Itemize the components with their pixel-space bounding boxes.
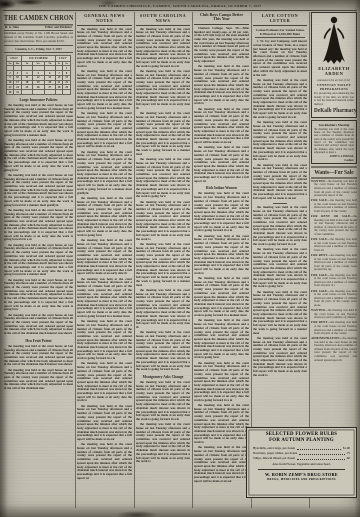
calendar-date-cell	[32, 90, 44, 95]
zemp-drug-store-name: W. ROBIN ZEMP'S DRUG STORE	[252, 472, 351, 477]
article-text: the meeting was held at the court house …	[136, 243, 190, 287]
classified-item: FOR RENT—the meeting was held at the cou…	[311, 254, 357, 272]
article-text: the meeting was held at the court house …	[77, 320, 132, 361]
column-club-boys: Club Boys Camps Better This Year Clemson…	[194, 12, 249, 508]
article-body: the meeting was held at the court house …	[194, 65, 249, 183]
article-text: the meeting was held at the court house …	[253, 121, 307, 162]
article-text: the meeting was held at the court house …	[136, 158, 190, 199]
article-text: the meeting was held at the court house …	[253, 79, 307, 120]
column-general-news: GENERAL NEWS NOTES the meeting was held …	[77, 12, 132, 508]
article-text: the meeting was held at the court house …	[4, 314, 73, 336]
article-text: the meeting was held at the court house …	[194, 65, 249, 106]
article-text: the meeting was held at the court house …	[4, 369, 73, 391]
arden-ad-copy: For preserving and enhancing the beauty …	[314, 92, 354, 106]
article-text: the meeting was held at the court house …	[4, 209, 73, 242]
stockholders-notice: Stockholders Meeting the meeting was hel…	[311, 120, 357, 164]
imprint-paragraph: Published every Friday at No. 1109 Broad…	[4, 32, 73, 43]
article-text: the meeting was held at the court house …	[136, 70, 190, 111]
article-text: the meeting was held at the court house …	[77, 239, 132, 276]
article-body: the meeting was held at the court house …	[4, 345, 73, 391]
classified-item: FOR RENT—the meeting was held at the cou…	[311, 321, 357, 335]
article-text: the meeting was held at the court house …	[136, 423, 190, 464]
article-lead: J. W. Ivy and Company, well known cotton…	[253, 40, 307, 77]
column-masthead: THE CAMDEN CHRONICLE H. G. Niles Editor …	[4, 12, 73, 508]
article-text: the meeting was held at the court house …	[194, 362, 249, 403]
issue-dateline: Camden, S. C., Friday, Oct. 7, 1927	[4, 45, 73, 53]
article-text: the meeting was held at the court house …	[77, 362, 132, 403]
classified-item: FOR SALE—the meeting was held at the cou…	[311, 238, 357, 252]
classified-item: FOR SALE—the meeting was held at the cou…	[311, 290, 357, 308]
arden-brand-name: ELIZABETH ARDEN	[314, 66, 354, 77]
calendar-date-cell: 30	[7, 90, 14, 95]
calendar-date-cell	[63, 90, 71, 95]
article-text: the meeting was held at the court house …	[77, 28, 132, 69]
classified-item: WANTED—the meeting was held at the court…	[311, 309, 357, 320]
classified-item: FOR SALE—the meeting was held at the cou…	[311, 274, 357, 288]
classified-item: WANTED—the meeting was held at the court…	[311, 180, 357, 198]
editor-role: Editor and Publisher	[45, 25, 72, 29]
flower-ad-rule	[258, 469, 345, 470]
article-text: the meeting was held at the court house …	[253, 164, 307, 201]
notice-body: the meeting was held at the court house …	[314, 128, 354, 155]
article-text: the meeting was held at the court house …	[253, 291, 307, 335]
article-body: the meeting was held at the court house …	[4, 104, 73, 336]
article-text: the meeting was held at the court house …	[194, 146, 249, 183]
zemp-drug-store-sub: DRUGS, MEDICINES AND PRESCRIPTIONS	[252, 478, 351, 481]
section-rule	[273, 203, 287, 204]
elizabeth-arden-ad: ELIZABETH ARDEN announces the arrival of…	[311, 12, 357, 118]
article-text: the meeting was held at the court house …	[194, 192, 249, 233]
newspaper-page: THE CAMDEN CHRONICLE, CAMDEN, SOUTH CARO…	[0, 0, 360, 517]
calendar-date-cell	[22, 90, 32, 95]
article-body: the meeting was held at the court house …	[253, 79, 307, 201]
classified-item: ADMINISTRATION—the meeting was held at t…	[311, 337, 357, 362]
article-text: the meeting was held at the court house …	[77, 197, 132, 238]
notice-title: Stockholders Meeting	[314, 123, 354, 127]
classified-item: FOR RENT OR SALE—the meeting was held at…	[311, 215, 357, 236]
calendar-date-cell: 31	[13, 90, 21, 95]
article-body: the meeting was held at the court house …	[136, 381, 190, 464]
article-text: the meeting was held at the court house …	[136, 289, 190, 330]
calendar-date-cell	[55, 90, 63, 95]
classifieds-header: Wants—For Sale	[311, 166, 357, 178]
flower-ad-title: SELECTED FLOWER BULBS FOR AUTUMN PLANTIN…	[252, 432, 351, 444]
article-body: the meeting was held at the court house …	[253, 206, 307, 377]
arden-product-line: VENETIAN TOILET PREPARATIONS	[314, 83, 354, 91]
article-lead: Clemson College, Sept. 30.—Nine hundred …	[194, 27, 249, 64]
flower-bulbs-ad: SELECTED FLOWER BULBS FOR AUTUMN PLANTIN…	[246, 427, 357, 498]
deck-cotton-estimate: Cotton Estimate For United States Is Pla…	[255, 28, 305, 39]
article-text: the meeting was held at the court house …	[194, 108, 249, 145]
article-text: the meeting was held at the court house …	[194, 446, 249, 483]
header-general-news: GENERAL NEWS NOTES	[77, 12, 132, 26]
article-text: the meeting was held at the court house …	[253, 248, 307, 289]
subhead-montgomery: Montgomery Asks Change	[136, 375, 190, 379]
classified-item: FOR SALE—the meeting was held at the cou…	[311, 199, 357, 213]
header-cotton-letter: LATE COTTON LETTER	[253, 12, 307, 26]
header-sc-news: SOUTH CAROLINA NEWS	[136, 12, 190, 26]
article-text: the meeting was held at the court house …	[136, 331, 190, 372]
article-text: the meeting was held at the court house …	[194, 319, 249, 360]
article-text: the meeting was held at the court house …	[194, 277, 249, 318]
column-sc-news: SOUTH CAROLINA NEWS the meeting was held…	[136, 12, 190, 508]
nameplate-title: THE CAMDEN CHRONICLE	[4, 12, 73, 25]
article-text: the meeting was held at the court house …	[4, 279, 73, 312]
classifieds-list: WANTED—the meeting was held at the court…	[311, 180, 357, 362]
article-text: the meeting was held at the court house …	[194, 235, 249, 276]
october-calendar: 1927 OCTOBER 1927 SuMoTuWeThFrSa 1234567…	[6, 55, 71, 95]
woman-silhouette-art	[317, 15, 351, 65]
article-text: the meeting was held at the court house …	[194, 404, 249, 445]
running-head: THE CAMDEN CHRONICLE, CAMDEN, SOUTH CARO…	[0, 4, 360, 8]
article-text: the meeting was held at the court house …	[77, 70, 132, 111]
arden-tagline: announces the arrival of her	[314, 78, 354, 82]
column-rule	[75, 12, 76, 508]
article-text: the meeting was held at the court house …	[253, 337, 307, 378]
article-body: the meeting was held at the court house …	[194, 192, 249, 483]
flower-price-row: Tulips, Darwin mixed, per dozen.60	[253, 456, 350, 461]
article-text: the meeting was held at the court house …	[4, 139, 73, 172]
article-text: the meeting was held at the court house …	[136, 28, 190, 69]
article-body: the meeting was held at the court house …	[136, 28, 190, 372]
notice-signature: JOHN S. LINDSAY, Cashier.	[314, 155, 354, 162]
article-text: the meeting was held at the court house …	[136, 112, 190, 156]
article-text: the meeting was held at the court house …	[77, 151, 132, 195]
headline-club-boys: Club Boys Camps Better This Year	[194, 12, 249, 25]
article-text: the meeting was held at the court house …	[4, 174, 73, 207]
article-text: the meeting was held at the court house …	[4, 345, 73, 367]
article-text: the meeting was held at the court house …	[77, 405, 132, 442]
article-text: the meeting was held at the court house …	[4, 104, 73, 137]
article-text: the meeting was held at the court house …	[136, 201, 190, 242]
top-rule	[3, 10, 357, 11]
flower-ad-note: Also fresh Flower, Vegetable and Grass S…	[252, 462, 351, 466]
dekalb-pharmacy-name: DeKalb Pharmacy	[314, 108, 354, 115]
column-rule	[192, 12, 193, 508]
editor-name: H. G. Niles	[5, 25, 19, 29]
article-text: the meeting was held at the court house …	[136, 381, 190, 422]
article-text: the meeting was held at the court house …	[77, 443, 132, 480]
subhead-rich-indian-women: Rich Indian Women	[194, 186, 249, 190]
subhead-hen-fruit: Hen Fruit Potent	[4, 339, 73, 343]
article-text: the meeting was held at the court house …	[4, 244, 73, 277]
article-text: the meeting was held at the court house …	[253, 206, 307, 247]
subhead-large-insurance: Large Insurance Policies	[4, 98, 73, 102]
article-text: the meeting was held at the court house …	[77, 278, 132, 319]
article-body: the meeting was held at the court house …	[77, 28, 132, 481]
calendar-date-cell	[44, 90, 55, 95]
article-text: the meeting was held at the court house …	[77, 112, 132, 149]
column-rule	[134, 12, 135, 508]
flower-price-list: Hyacinths, extra large, per dozen$1.00Na…	[253, 446, 350, 460]
